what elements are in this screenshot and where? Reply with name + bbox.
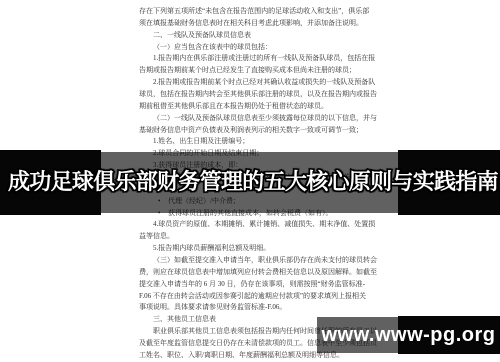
document-line-text: （三）如截至提交准入申请当年，职业俱乐部仍存在尚未支付的球员转会 xyxy=(153,256,377,264)
document-line-text: F.06 不存在由转会活动或因参赛引起的逾期应付款项”的要求填列上报相关 xyxy=(139,292,366,300)
document-line: 1.报告期内在俱乐部注册或注册过的所有一线队及预备队球员，包括在报 xyxy=(139,53,379,65)
document-line-text: 工姓名、职位、入职/离职日期、年度薪酬福利总额及明细等信息。 xyxy=(139,351,344,359)
document-line: （一）应当包含在该表中的球员包括： xyxy=(139,42,379,54)
document-line-text: （一）应当包含在该表中的球员包括： xyxy=(153,43,272,51)
document-line: 告期或报告期前某个时点已经发生了直接购买成本但尚未注册的球员； xyxy=(139,65,379,77)
document-line: （三）如截至提交准入申请当年，职业俱乐部仍存在尚未支付的球员转会 xyxy=(139,255,379,267)
document-line: 球员，包括在报告期内转会至其他俱乐部注册的球员，以及在报告期内或报告 xyxy=(139,89,379,101)
document-line-text: 2.报告期或报告期前某个时点已经对其确认收益或损失的一线队及预备队 xyxy=(153,78,375,86)
site-watermark: www.www-pg.org xyxy=(317,317,500,353)
document-line: 4.球员资产的原值、本期摊销、累计摊销、减值损失、期末净值、处置损 xyxy=(139,219,379,231)
document-line-text: 存在下列第五项所述“未包含在报告范围内的足球活动收入和支出”，俱乐部 xyxy=(139,7,369,15)
document-line: 存在下列第五项所述“未包含在报告范围内的足球活动收入和支出”，俱乐部 xyxy=(139,6,379,18)
document-line: 5.报告期内球员薪酬福利总额及明细。 xyxy=(139,243,379,255)
document-line: 2.报告期或报告期前某个时点已经对其确认收益或损失的一线队及预备队 xyxy=(139,77,379,89)
document-line-text: 告期或报告期前某个时点已经发生了直接购买成本但尚未注册的球员； xyxy=(139,66,356,74)
document-line-text: 1.姓名、出生日期及注册编号； xyxy=(153,137,249,145)
document-line-text: 球员，包括在报告期内转会至其他俱乐部注册的球员，以及在报告期内或报告 xyxy=(139,90,377,98)
document-line: 二、一线队及预备队球员信息表 xyxy=(139,30,379,42)
document-line-text: 二、一线队及预备队球员信息表 xyxy=(153,31,251,39)
document-line: 益等信息。 xyxy=(139,231,379,243)
article-title: 成功足球俱乐部财务管理的五大核心原则与实践指南 xyxy=(8,170,498,193)
document-line-text: 费，则应在球员信息表中增加填列应付转会费相关信息以及原因解释。如截至 xyxy=(139,268,377,276)
watermark-url-text: www.www-pg.org xyxy=(317,317,500,353)
document-line-text: 1.报告期内在俱乐部注册或注册过的所有一线队及预备队球员，包括在报 xyxy=(153,54,375,62)
document-line: F.06 不存在由转会活动或因参赛引起的逾期应付款项”的要求填列上报相关 xyxy=(139,291,379,303)
document-line-text: 基础财务信息中资产负债表及利润表列示的相关数字一致或可调节一致； xyxy=(139,126,363,134)
document-line-text: 4.球员资产的原值、本期摊销、累计摊销、减值损失、期末净值、处置损 xyxy=(153,220,375,228)
document-line: 1.姓名、出生日期及注册编号； xyxy=(139,136,379,148)
document-line-text: 期前租借至其他俱乐部且在本报告期仍处于租借状态的球员。 xyxy=(139,102,328,110)
document-line: 须在填报基础财务信息表时在相关科目考虑此项影响，并添加备注说明。 xyxy=(139,18,379,30)
document-line-text: 益等信息。 xyxy=(139,232,174,240)
article-header-image: 存在下列第五项所述“未包含在报告范围内的足球活动收入和支出”，俱乐部须在填报基础… xyxy=(0,0,500,362)
document-line-text: （二）一线队及预备队球员信息表至少须披露每位球员的以下信息，并与 xyxy=(153,114,377,122)
document-line-text: 三、其他员工信息表 xyxy=(153,315,216,323)
document-line: 事项说明。具体要求请参见财务监管标准-F.06。 xyxy=(139,302,379,314)
document-line-text: 5.报告期内球员薪酬福利总额及明细。 xyxy=(153,244,270,252)
document-line: 提交准入申请当年的 6 月 30 日，仍存在该事项，则需按照“财务监管标准- xyxy=(139,279,379,291)
document-line: 基础财务信息中资产负债表及利润表列示的相关数字一致或可调节一致； xyxy=(139,125,379,137)
document-line: （二）一线队及预备队球员信息表至少须披露每位球员的以下信息，并与 xyxy=(139,113,379,125)
title-overlay-band: 成功足球俱乐部财务管理的五大核心原则与实践指南 xyxy=(0,152,500,213)
document-line-text: 提交准入申请当年的 6 月 30 日，仍存在该事项，则需按照“财务监管标准- xyxy=(139,280,365,288)
document-line: 费，则应在球员信息表中增加填列应付转会费相关信息以及原因解释。如截至 xyxy=(139,267,379,279)
document-line-text: 须在填报基础财务信息表时在相关科目考虑此项影响，并添加备注说明。 xyxy=(139,19,363,27)
document-line-text: 事项说明。具体要求请参见财务监管标准-F.06。 xyxy=(139,303,286,311)
document-line: 期前租借至其他俱乐部且在本报告期仍处于租借状态的球员。 xyxy=(139,101,379,113)
